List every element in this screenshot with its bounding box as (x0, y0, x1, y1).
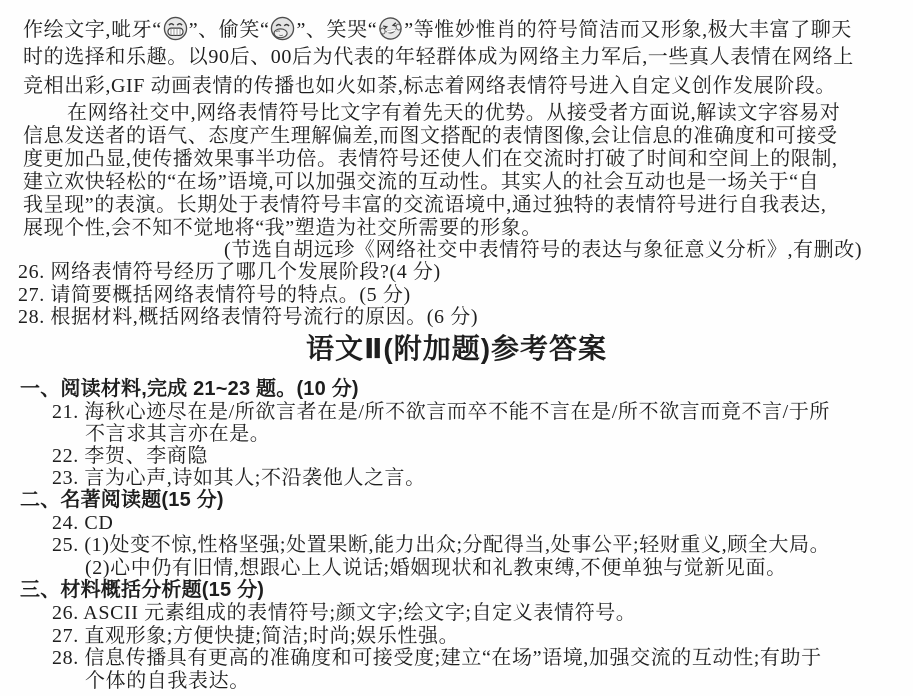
grin-teeth-emoji (163, 16, 188, 41)
laugh-cry-emoji (378, 16, 403, 41)
question-27: 27. 请简要概括网络表情符号的特点。(5 分) (18, 283, 411, 307)
section-2-heading: 二、名著阅读题(15 分) (20, 488, 224, 512)
answer-28-line-1: 28. 信息传播具有更高的准确度和可接受度;建立“在场”语境,加强交流的互动性;… (52, 646, 822, 670)
material-line-6: 度更加凸显,使传播效果事半功倍。表情符号还使人们在交流时打破了时间和空间上的限制… (23, 147, 838, 171)
answer-24: 24. CD (52, 511, 113, 535)
material-line-7: 建立欢快轻松的“在场”语境,可以加强交流的互动性。其实人的社会互动也是一场关于“… (23, 170, 819, 194)
material-line-1-text-d: ”等惟妙惟肖的符号简洁而又形象,极大丰富了聊天 (404, 19, 852, 41)
section-1-heading: 一、阅读材料,完成 21~23 题。(10 分) (20, 377, 359, 401)
material-line-5: 信息发送者的语气、态度产生理解偏差,而图文搭配的表情图像,会让信息的准确度和可接… (23, 124, 838, 148)
answer-27: 27. 直观形象;方便快捷;简洁;时尚;娱乐性强。 (52, 624, 459, 648)
material-line-1: 作绘文字,呲牙“”、偷笑“”、笑哭“”等惟妙惟肖的符号简洁而又形象,极大丰富了聊… (23, 16, 852, 42)
answer-25-line-2: (2)心中仍有旧情,想跟心上人说话;婚姻现状和礼教束缚,不便单独与觉新见面。 (85, 556, 787, 580)
material-line-3: 竞相出彩,GIF 动画表情的传播也如火如荼,标志着网络表情符号进入自定义创作发展… (23, 74, 836, 98)
material-line-9: 展现个性,会不知不觉地将“我”塑造为社交所需要的形象。 (23, 216, 542, 240)
material-line-1-text-c: ”、笑哭“ (296, 19, 377, 41)
question-26: 26. 网络表情符号经历了哪几个发展阶段?(4 分) (18, 260, 441, 284)
source-attribution: (节选自胡远珍《网络社交中表情符号的表达与象征意义分析》,有删改) (224, 238, 862, 262)
material-line-8: 我呈现”的表演。长期处于表情符号丰富的交流语境中,通过独特的表情符号进行自我表达… (23, 193, 826, 217)
answer-28-line-2: 个体的自我表达。 (85, 669, 250, 693)
question-28: 28. 根据材料,概括网络表情符号流行的原因。(6 分) (18, 305, 478, 329)
answer-key-title: 语文Ⅱ(附加题)参考答案 (0, 332, 913, 366)
material-line-4: 在网络社交中,网络表情符号比文字有着先天的优势。从接受者方面说,解读文字容易对 (67, 101, 840, 125)
snicker-emoji (270, 16, 295, 41)
section-3-heading: 三、材料概括分析题(15 分) (20, 578, 264, 602)
document-page: 作绘文字,呲牙“”、偷笑“”、笑哭“”等惟妙惟肖的符号简洁而又形象,极大丰富了聊… (0, 0, 913, 696)
material-line-2: 时的选择和乐趣。以90后、00后为代表的年轻群体成为网络主力军后,一些真人表情在… (23, 45, 854, 69)
answer-26: 26. ASCII 元素组成的表情符号;颜文字;绘文字;自定义表情符号。 (52, 601, 636, 625)
answer-25-line-1: 25. (1)处变不惊,性格坚强;处置果断,能力出众;分配得当,处事公平;轻财重… (52, 533, 830, 557)
answer-23: 23. 言为心声,诗如其人;不沿袭他人之言。 (52, 466, 426, 490)
answer-21-line-2: 不言求其言亦在是。 (85, 422, 270, 446)
answer-21-line-1: 21. 海秋心迹尽在是/所欲言者在是/所不欲言而卒不能不言在是/所不欲言而竟不言… (52, 400, 830, 424)
material-line-1-text-a: 作绘文字,呲牙“ (23, 19, 162, 41)
material-line-1-text-b: ”、偷笑“ (189, 19, 270, 41)
answer-22: 22. 李贺、李商隐 (52, 444, 208, 468)
